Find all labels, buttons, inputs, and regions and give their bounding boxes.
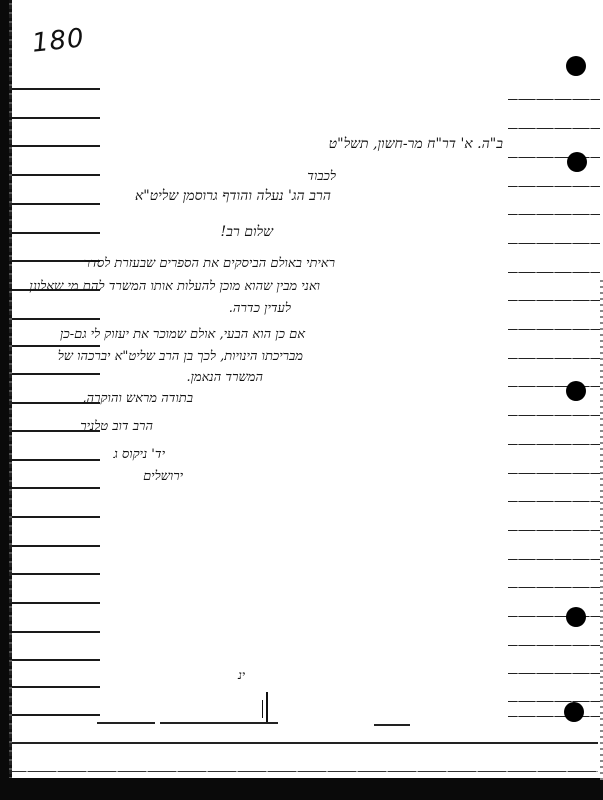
left-rule-line <box>12 232 100 234</box>
letter-body-line: ואני מבין שהוא מוכן להעלות אותו המשרד לה… <box>29 278 320 294</box>
left-rule-line <box>12 516 100 518</box>
left-rule-line <box>12 686 100 688</box>
letter-body-line: ראיתי באולם הביסקים את הספרים שבעזרת לסד… <box>84 255 335 271</box>
right-rule-line <box>508 673 600 674</box>
left-rule-line <box>12 88 100 90</box>
right-rule-line <box>508 716 600 717</box>
full-width-rule <box>12 742 598 744</box>
punch-hole <box>564 702 584 722</box>
signature-city: ירושלים <box>143 468 183 484</box>
left-rule-line <box>12 203 100 205</box>
right-rule-line <box>508 501 600 502</box>
letter-body-line: המשרד הנאמן. <box>186 369 263 385</box>
left-rule-line <box>12 714 100 716</box>
punch-hole <box>566 607 586 627</box>
left-rule-line <box>12 174 100 176</box>
right-rule-line <box>508 186 600 187</box>
letter-body-line: מבריכתו הינויות, לכך בן הרב שליט"א יברכה… <box>58 348 303 364</box>
right-rule-line <box>508 473 600 474</box>
right-rule-line <box>508 559 600 560</box>
left-rule-line <box>12 573 100 575</box>
signature-name: הרב דוב טלניר <box>80 418 153 434</box>
bottom-rule-segment <box>97 722 155 724</box>
left-rule-line <box>12 373 100 375</box>
full-width-rule-faint <box>12 771 598 772</box>
left-rule-line <box>12 459 100 461</box>
bottom-rule-segment <box>160 722 278 724</box>
right-rule-line <box>508 415 600 416</box>
right-rule-line <box>508 616 600 617</box>
right-rule-line <box>508 300 600 301</box>
letter-greeting: שלום רב! <box>221 224 273 241</box>
bottom-mark: ינ <box>238 668 245 683</box>
right-rule-line <box>508 587 600 588</box>
right-rule-line <box>508 444 600 445</box>
right-rule-line <box>508 530 600 531</box>
right-rule-line <box>508 272 600 273</box>
left-rule-line <box>12 545 100 547</box>
letter-salutation-to: לכבוד <box>307 168 336 184</box>
right-rule-line <box>508 386 600 387</box>
left-rule-line <box>12 631 100 633</box>
left-rule-line <box>12 345 100 347</box>
right-rule-line <box>508 645 600 646</box>
left-rule-line <box>12 145 100 147</box>
bottom-mark-stroke <box>262 700 263 718</box>
signature-address: יד' ניקוס ג <box>113 446 165 462</box>
right-rule-line <box>508 128 600 129</box>
right-rule-line <box>508 99 600 100</box>
left-rule-line <box>12 117 100 119</box>
punch-hole <box>566 56 586 76</box>
punch-hole <box>567 152 587 172</box>
punch-hole <box>566 381 586 401</box>
bottom-border <box>0 778 603 800</box>
letter-closing: בתודה מראש והוקרה, <box>82 390 193 406</box>
right-rule-line <box>508 358 600 359</box>
right-rule-line <box>508 214 600 215</box>
right-rule-line <box>508 243 600 244</box>
left-rule-line <box>12 659 100 661</box>
right-rule-line <box>508 701 600 702</box>
left-rule-line <box>12 602 100 604</box>
scanned-page: 180 ב"ה. א' דר"ח מר-חשון, תשל"ט לכבוד הר… <box>0 0 603 800</box>
letter-addressee: הרב הג' נעלה והודף גרוסמן שליט"א <box>135 188 331 205</box>
letter-body-line: אם כן הוא הבעי, אולם שמוכר את יעזוק לי ג… <box>60 326 305 342</box>
right-rule-line <box>508 329 600 330</box>
letter-dateline: ב"ה. א' דר"ח מר-חשון, תשל"ט <box>329 136 503 153</box>
bottom-mark-stroke <box>266 692 268 722</box>
bottom-rule-segment <box>374 724 410 726</box>
left-binding-border <box>0 0 11 800</box>
letter-body-line: לעדין כדרה. <box>229 300 291 316</box>
left-rule-line <box>12 487 100 489</box>
left-rule-line <box>12 318 100 320</box>
page-number: 180 <box>31 23 86 58</box>
